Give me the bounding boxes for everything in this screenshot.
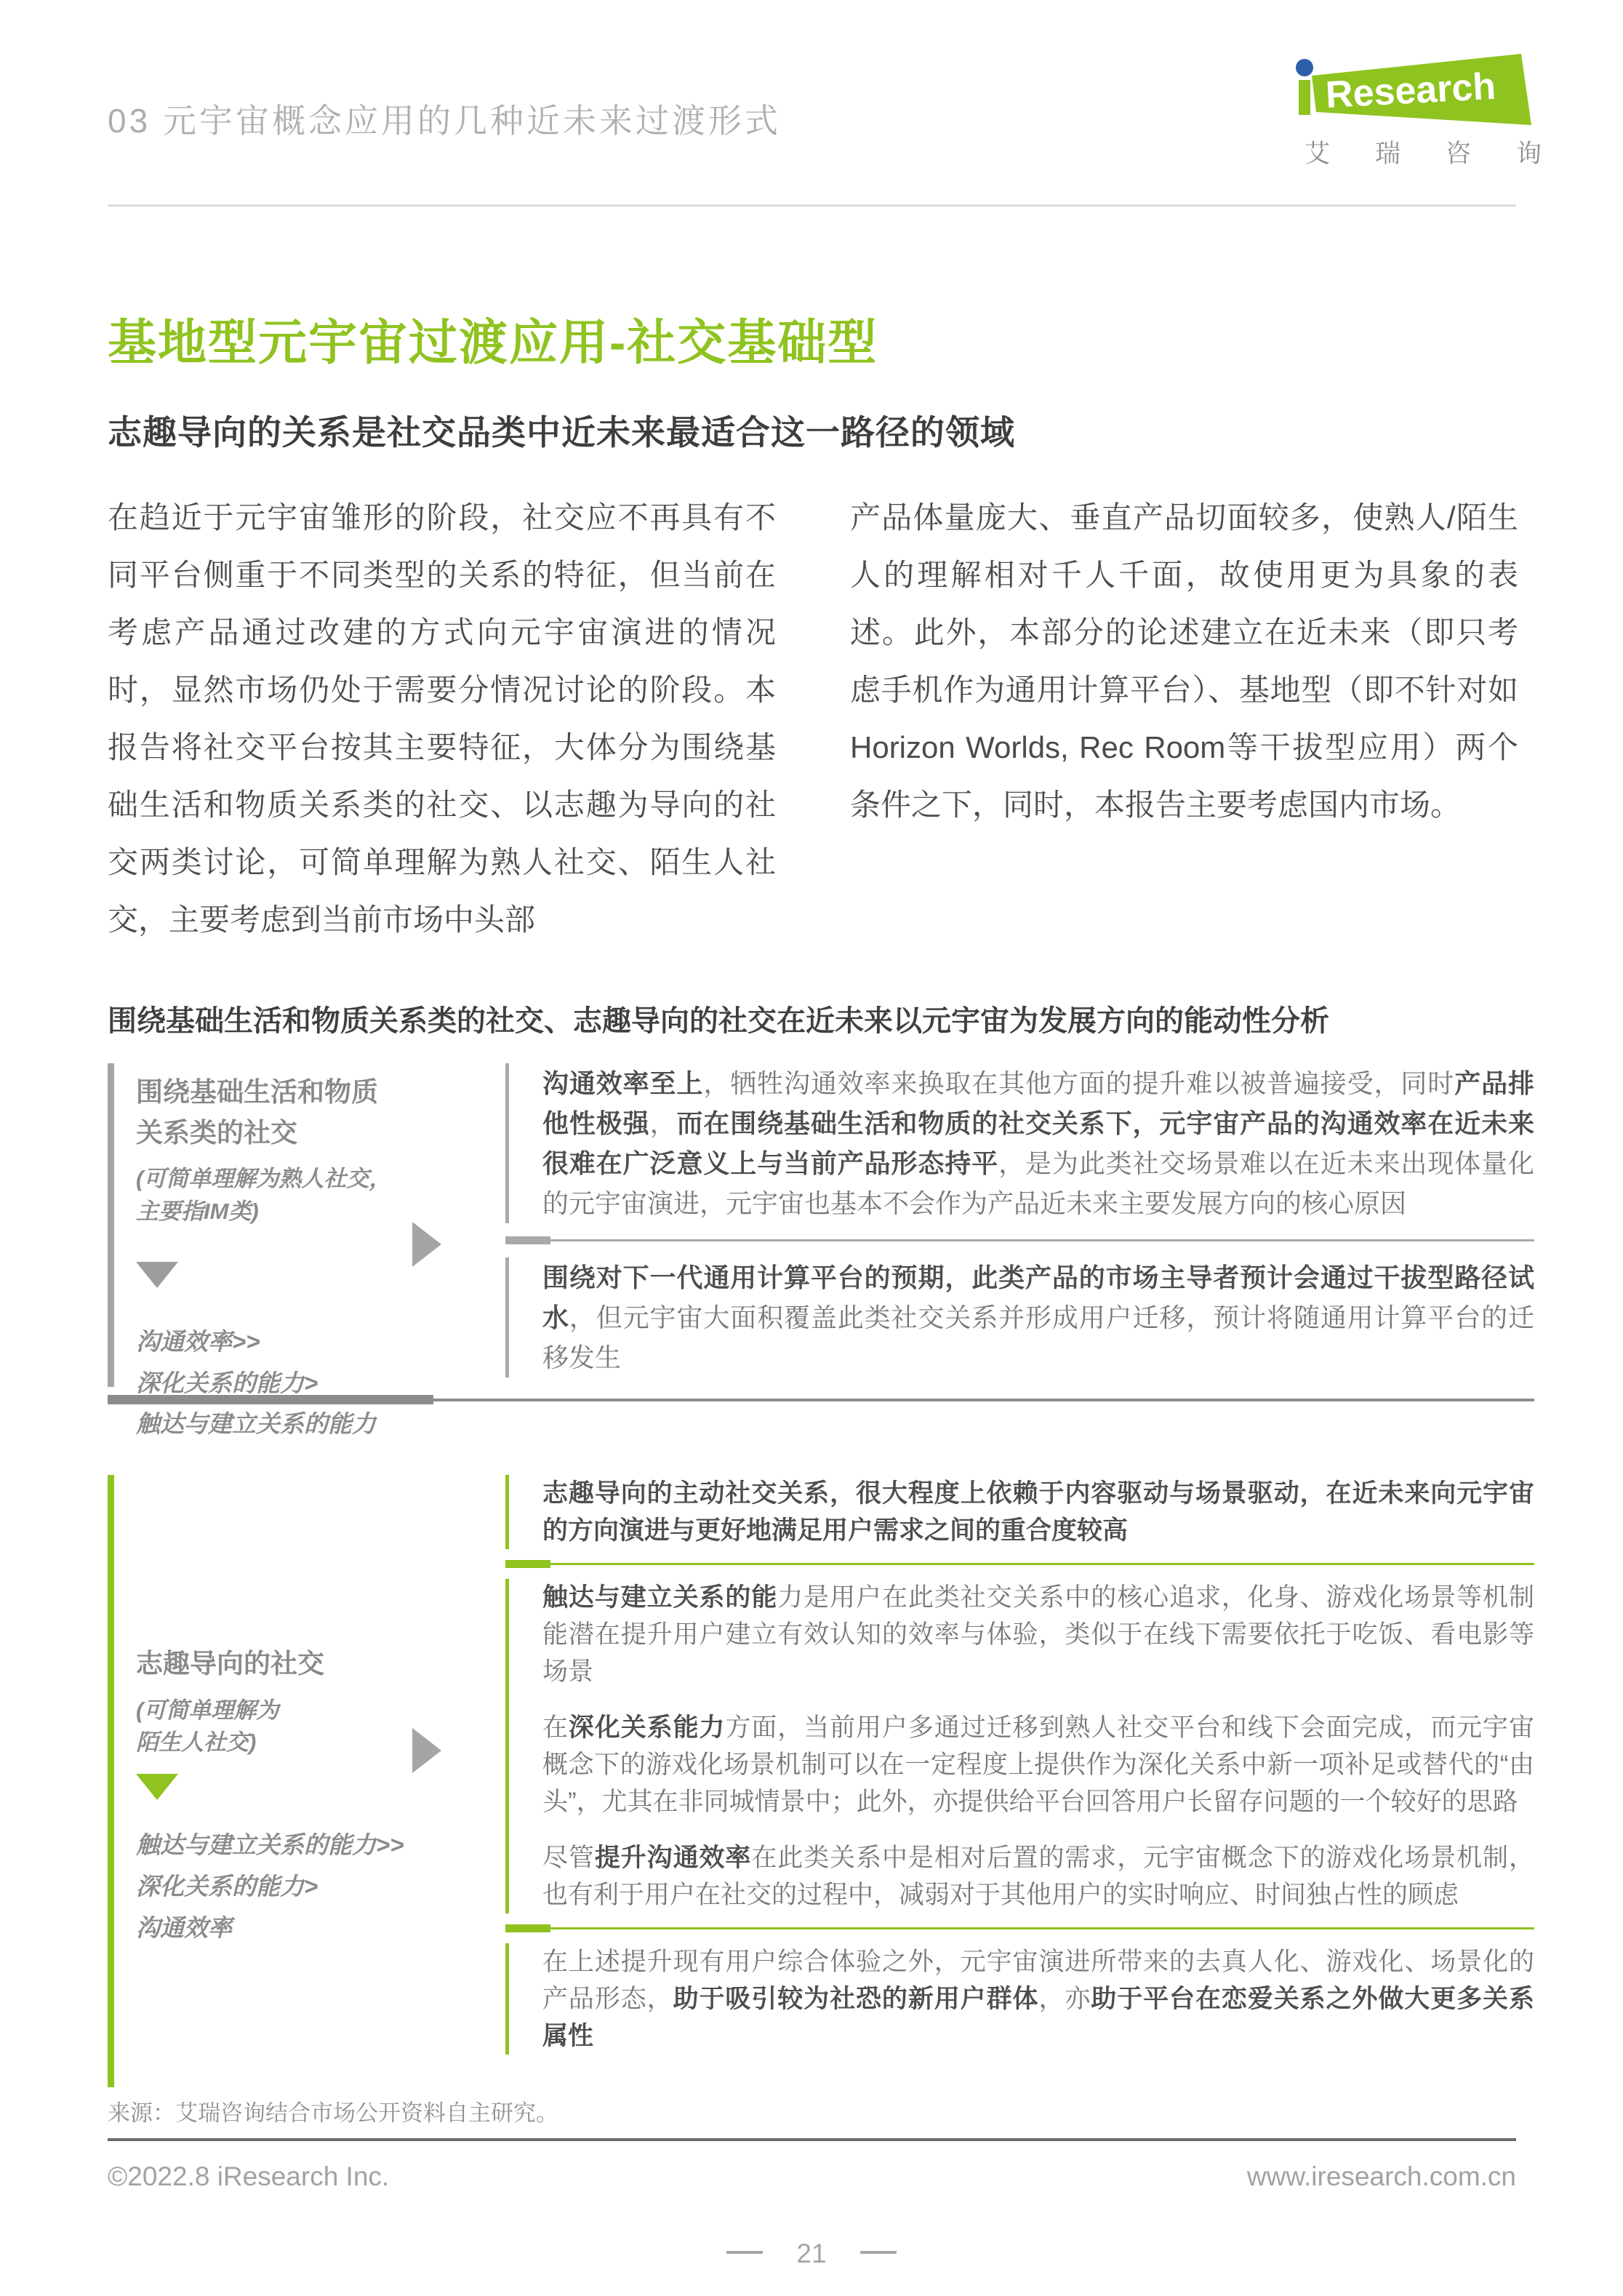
priority-ranking: 触达与建立关系的能力>> 深化关系的能力> 沟通效率 [136, 1825, 412, 1948]
analysis-title: 围绕基础生活和物质关系类的社交、志趣导向的社交在近未来以元宇宙为发展方向的能动性… [108, 998, 1329, 1039]
page-number-value: 21 [796, 2239, 826, 2268]
arrow-column [412, 1475, 505, 2087]
row-label-title: 围绕基础生活和物质 关系类的社交 [136, 1072, 412, 1153]
priority-ranking: 沟通效率>> 深化关系的能力> 触达与建立关系的能力 [136, 1321, 412, 1445]
group-divider [505, 1560, 1534, 1568]
page-number-dash [860, 2251, 897, 2254]
arrow-column [412, 1063, 505, 1387]
row-content: 志趣导向的主动社交关系，很大程度上依赖于内容驱动与场景驱动，在近未来向元宇宙的方… [505, 1475, 1534, 2087]
paragraph-group: 在上述提升现有用户综合体验之外，元宇宙演进所带来的去真人化、游戏化、场景化的产品… [505, 1943, 1534, 2055]
iresearch-logo-mark: Research [1286, 49, 1536, 131]
analysis-paragraph: 在深化关系能力方面，当前用户多通过迁移到熟人社交平台和线下会面完成，而元宇宙概念… [542, 1709, 1534, 1820]
triangle-right-icon [412, 1222, 441, 1267]
page-number-dash [726, 2251, 763, 2254]
row-label: 志趣导向的社交 (可简单理解为 陌生人社交) 触达与建立关系的能力>> 深化关系… [114, 1475, 412, 2087]
ranking-item: 触达与建立关系的能力 [136, 1404, 412, 1445]
section-heading: 03 元宇宙概念应用的几种近未来过渡形式 [108, 95, 781, 143]
row-label-note: (可简单理解为熟人社交， 主要指IM类) [136, 1163, 412, 1228]
ranking-item: 沟通效率 [136, 1908, 412, 1949]
analysis-paragraph: 触达与建立关系的能力是用户在此类社交关系中的核心追求，化身、游戏化场景等机制能潜… [542, 1579, 1534, 1690]
analysis-paragraph: 尽管提升沟通效率在此类关系中是相对后置的需求，元宇宙概念下的游戏化场景机制，也有… [542, 1839, 1534, 1913]
ranking-item: 触达与建立关系的能力>> [136, 1825, 412, 1866]
iresearch-logo: Research 艾瑞咨询 [1286, 49, 1536, 170]
triangle-down-icon [136, 1774, 178, 1800]
ranking-item: 沟通效率>> [136, 1321, 412, 1363]
intro-columns: 在趋近于元宇宙雏形的阶段，社交应不再具有不同平台侧重于不同类型的关系的特征，但当… [108, 489, 1518, 948]
triangle-right-icon [412, 1728, 441, 1773]
analysis-paragraph: 在上述提升现有用户综合体验之外，元宇宙演进所带来的去真人化、游戏化、场景化的产品… [542, 1943, 1534, 2055]
ranking-item: 深化关系的能力> [136, 1866, 412, 1908]
intro-left-column: 在趋近于元宇宙雏形的阶段，社交应不再具有不同平台侧重于不同类型的关系的特征，但当… [108, 489, 776, 948]
page-footer: ©2022.8 iResearch Inc. www.iresearch.com… [108, 2161, 1516, 2192]
page-title: 基地型元宇宙过渡应用-社交基础型 [108, 304, 878, 374]
row-content: 沟通效率至上，牺牲沟通效率来换取在其他方面的提升难以被普遍接受，同时产品排他性极… [505, 1063, 1534, 1387]
analysis-paragraph: 沟通效率至上，牺牲沟通效率来换取在其他方面的提升难以被普遍接受，同时产品排他性极… [542, 1063, 1534, 1223]
paragraph-group: 沟通效率至上，牺牲沟通效率来换取在其他方面的提升难以被普遍接受，同时产品排他性极… [505, 1063, 1534, 1223]
website-text: www.iresearch.com.cn [1247, 2161, 1516, 2192]
paragraph-group: 围绕对下一代通用计算平台的预期，此类产品的市场主导者预计会通过干拔型路径试水，但… [505, 1257, 1534, 1377]
intro-right-column: 产品体量庞大、垂直产品切面较多，使熟人/陌生人的理解相对千人千面，故使用更为具象… [850, 489, 1518, 948]
logo-i-dot [1296, 59, 1313, 76]
group-divider [505, 1236, 1534, 1244]
page-subtitle: 志趣导向的关系是社交品类中近未来最适合这一路径的领域 [108, 406, 1015, 455]
row-label-title: 志趣导向的社交 [136, 1644, 412, 1684]
triangle-down-icon [136, 1262, 178, 1288]
footer-divider [108, 2138, 1516, 2141]
analysis-block-basic-life: 围绕基础生活和物质 关系类的社交 (可简单理解为熟人社交， 主要指IM类) 沟通… [108, 1063, 1534, 1387]
report-page: 03 元宇宙概念应用的几种近未来过渡形式 Research 艾瑞咨询 基地型元宇… [0, 0, 1623, 2296]
label-accent-bar [108, 1475, 114, 2087]
source-note: 来源：艾瑞咨询结合市场公开资料自主研究。 [108, 2095, 558, 2127]
logo-i-stem [1299, 80, 1310, 115]
paragraph-group: 志趣导向的主动社交关系，很大程度上依赖于内容驱动与场景驱动，在近未来向元宇宙的方… [505, 1475, 1534, 1549]
analysis-paragraph: 志趣导向的主动社交关系，很大程度上依赖于内容驱动与场景驱动，在近未来向元宇宙的方… [542, 1475, 1534, 1549]
row-label-note: (可简单理解为 陌生人社交) [136, 1695, 412, 1760]
block-separator [108, 1395, 1534, 1404]
header-divider [108, 204, 1516, 207]
label-accent-bar [108, 1063, 114, 1387]
analysis-block-interest: 志趣导向的社交 (可简单理解为 陌生人社交) 触达与建立关系的能力>> 深化关系… [108, 1475, 1534, 2087]
paragraph-group: 触达与建立关系的能力是用户在此类社交关系中的核心追求，化身、游戏化场景等机制能潜… [505, 1579, 1534, 1913]
analysis-paragraph: 围绕对下一代通用计算平台的预期，此类产品的市场主导者预计会通过干拔型路径试水，但… [542, 1257, 1534, 1377]
copyright-text: ©2022.8 iResearch Inc. [108, 2161, 389, 2192]
logo-caption: 艾瑞咨询 [1286, 134, 1536, 170]
group-divider [505, 1924, 1534, 1932]
page-number: 21 [0, 2239, 1623, 2269]
logo-brand-text: Research [1325, 65, 1497, 116]
row-label: 围绕基础生活和物质 关系类的社交 (可简单理解为熟人社交， 主要指IM类) 沟通… [114, 1063, 412, 1387]
